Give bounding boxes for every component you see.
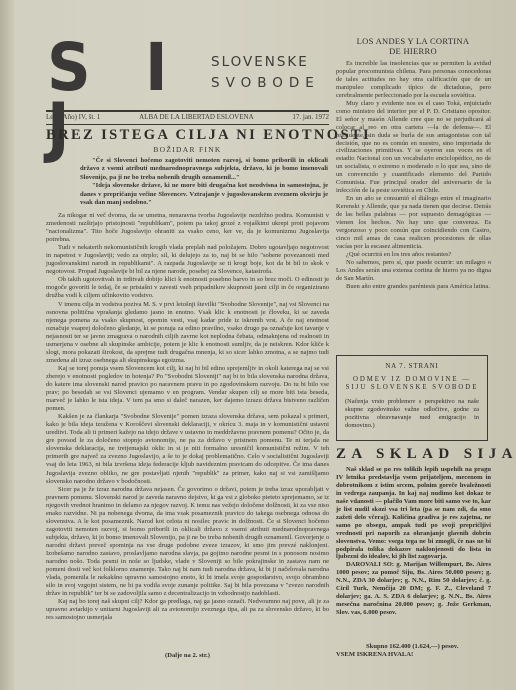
paragraph: Sicer pa je že izraz narodna država neja… [46,486,329,599]
paragraph: Es increíble las insolencias que se perm… [336,60,491,100]
masthead-rule-top [46,110,329,112]
paragraph: Tudi v nekaterih nekomunističnih krogih … [46,244,329,276]
paragraph: Kaj se torej ponuja vsem Slovencem kot c… [46,365,329,413]
notice-heading: ODMEV IZ DOMOVINE — SIJU SLOVENSKE SVOBO… [345,376,479,392]
fund-body: Naš sklad se po res tolikih lepih uspehi… [336,466,491,617]
lead-epigraph: "Če si Slovenci hočemo zagotoviti nemote… [80,157,328,207]
masthead-subtitle-line1: SLOVENSKE [211,52,320,73]
issue-date: 17. jan. 1972 [292,113,329,121]
dateline: Leta (Año) IV, št. 1 ALBA DE LA LIBERTAD… [46,113,329,121]
paragraph: Muy claro y evidente nos es el caso Toká… [336,100,491,195]
newspaper-page: S I J SLOVENSKE SVOBODE Leta (Año) IV, š… [0,0,516,690]
continued-note: (Dalje na 2. str.) [46,652,329,659]
lead-body: Za nikogar ni več dvoma, da se umetna, n… [46,212,329,622]
masthead-subtitle: SLOVENSKE SVOBODE [211,52,320,94]
paragraph: Za nikogar ni več dvoma, da se umetna, n… [46,212,329,244]
lead-byline: BOŽIDAR FINK [46,145,329,154]
masthead-rule-bottom [46,124,329,125]
notice-heading-line1: ODMEV IZ DOMOVINE — [345,376,479,384]
donor-list: DAROVALI SO: g. Marijan Willempurt, Bs. … [336,561,491,617]
paragraph: Buen año entre grandes paréntesis para A… [336,283,491,291]
paragraph: Kakšen je za člankarja "Svobodne Sloveni… [46,413,329,485]
fund-thanks: VSEM ISKRENA HVALA! [336,651,491,659]
epigraph-quote: "Ideja slovenske države, ki ne more biti… [80,182,328,207]
epigraph-quote: "Če si Slovenci hočemo zagotoviti nemote… [80,157,328,182]
side-title-line2: DE HIERRO [338,46,488,56]
masthead-subtitle-line2: SVOBODE [211,73,320,94]
paragraph: En un año se consumió el diálogo entre e… [336,195,491,251]
paragraph: Kaj naj bo torej naš skupni cilj? Kdor g… [46,598,329,622]
paragraph: ¿Qué ocurrirá en los tres años restantes… [336,251,491,259]
fund-headline: ZA SKLAD SIJA [336,446,491,463]
paragraph: No sabemos, pero sí, que puede ocurrir: … [336,259,491,283]
notice-body: (Načenja vrsto problemov s perspektivo n… [345,398,479,430]
publisher-name: ALBA DE LA LIBERTAD ESLOVENA [139,113,254,121]
fund-total-amount: Skupno 162.400 (1.624,—) pesov. [336,643,491,651]
notice-title: NA 7. STRANI [345,362,479,370]
page-fold-shadow [0,0,14,690]
notice-heading-line2: SIJU SLOVENSKE SVOBODE [345,384,479,392]
paragraph: Ob takih ugotovitvah in trditvah dobijo … [46,276,329,300]
paragraph: Naš sklad se po res tolikih lepih uspehi… [336,466,491,561]
side-title-line1: LOS ANDES Y LA CORTINA [338,36,488,46]
notice-box: NA 7. STRANI ODMEV IZ DOMOVINE — SIJU SL… [336,355,488,441]
paragraph: V imenu cilja in vodstva poziva M. S. v … [46,301,329,365]
side-article-body: Es increíble las insolencias que se perm… [336,60,491,291]
fund-total: Skupno 162.400 (1.624,—) pesov. VSEM ISK… [336,643,491,659]
lead-headline: BREZ ISTEGA CILJA NI ENOTNOSTI [46,127,331,144]
issue-number: Leta (Año) IV, št. 1 [46,113,100,121]
side-article-title: LOS ANDES Y LA CORTINA DE HIERRO [338,36,488,56]
masthead-title: S I J [47,38,194,98]
